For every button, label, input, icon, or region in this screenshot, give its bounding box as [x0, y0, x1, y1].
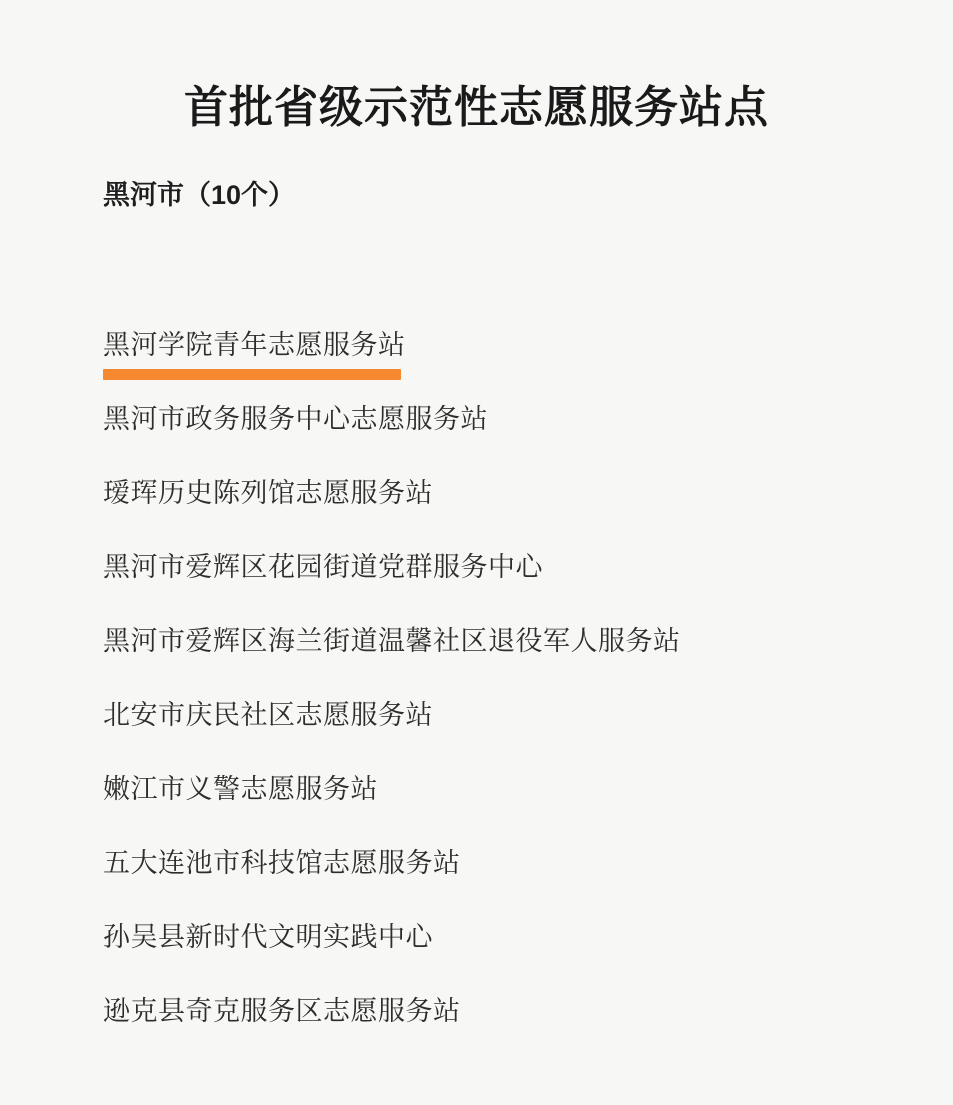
list-item: 黑河市爱辉区海兰街道温馨社区退役军人服务站 — [103, 627, 953, 655]
list-item-label: 北安市庆民社区志愿服务站 — [103, 700, 433, 730]
list-item-label: 瑷珲历史陈列馆志愿服务站 — [103, 478, 433, 508]
list-item: 北安市庆民社区志愿服务站 — [103, 701, 953, 729]
station-list: 黑河学院青年志愿服务站 黑河市政务服务中心志愿服务站 瑷珲历史陈列馆志愿服务站 … — [103, 331, 953, 1025]
page-title: 首批省级示范性志愿服务站点 — [0, 0, 953, 134]
list-item: 逊克县奇克服务区志愿服务站 — [103, 997, 953, 1025]
list-item-label: 黑河市爱辉区海兰街道温馨社区退役军人服务站 — [103, 626, 681, 656]
list-item-label: 孙吴县新时代文明实践中心 — [103, 922, 433, 952]
list-item-label: 嫩江市义警志愿服务站 — [103, 774, 378, 804]
list-item: 瑷珲历史陈列馆志愿服务站 — [103, 479, 953, 507]
city-subtitle: 黑河市（10个） — [103, 181, 953, 209]
list-item: 黑河市爱辉区花园街道党群服务中心 — [103, 553, 953, 581]
list-item: 黑河市政务服务中心志愿服务站 — [103, 405, 953, 433]
article-page: 首批省级示范性志愿服务站点 黑河市（10个） 黑河学院青年志愿服务站 黑河市政务… — [0, 0, 953, 1105]
list-item: 孙吴县新时代文明实践中心 — [103, 923, 953, 951]
list-item-label: 五大连池市科技馆志愿服务站 — [103, 848, 461, 878]
list-item: 嫩江市义警志愿服务站 — [103, 775, 953, 803]
list-item-label: 黑河市政务服务中心志愿服务站 — [103, 404, 488, 434]
list-item-label: 逊克县奇克服务区志愿服务站 — [103, 996, 461, 1026]
list-item-label: 黑河学院青年志愿服务站 — [103, 330, 406, 360]
list-item: 黑河学院青年志愿服务站 — [103, 331, 953, 359]
list-item: 五大连池市科技馆志愿服务站 — [103, 849, 953, 877]
list-item-label: 黑河市爱辉区花园街道党群服务中心 — [103, 552, 543, 582]
highlight-underline — [103, 369, 401, 380]
